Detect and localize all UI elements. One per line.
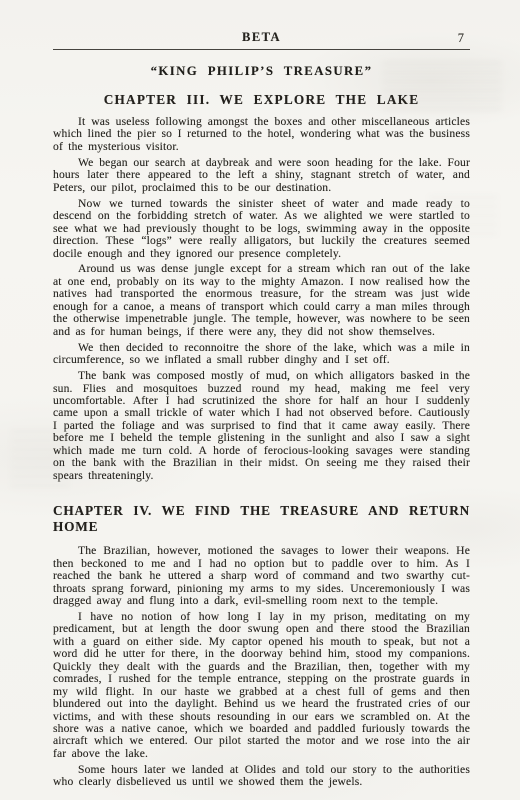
- body-paragraph: We began our search at daybreak and were…: [53, 157, 470, 194]
- page-header: BETA 7: [53, 30, 470, 46]
- chapter-3-heading: CHAPTER III. WE EXPLORE THE LAKE: [53, 92, 470, 108]
- header-divider-rule: [53, 49, 470, 50]
- body-paragraph: I have no notion of how long I lay in my…: [53, 611, 470, 760]
- chapter-3-section: CHAPTER III. WE EXPLORE THE LAKE It was …: [53, 92, 470, 482]
- running-title: BETA: [53, 30, 470, 45]
- chapter-4-section: CHAPTER IV. WE FIND THE TREASURE AND RET…: [53, 503, 470, 789]
- page-number: 7: [458, 31, 464, 46]
- body-paragraph: Now we turned towards the sinister sheet…: [53, 198, 470, 260]
- body-paragraph: We then decided to reconnoitre the shore…: [53, 342, 470, 367]
- body-paragraph: The bank was composed mostly of mud, on …: [53, 370, 470, 482]
- body-paragraph: Some hours later we landed at Olides and…: [53, 764, 470, 789]
- body-paragraph: The Brazilian, however, motioned the sav…: [53, 545, 470, 607]
- story-title: “KING PHILIP’S TREASURE”: [53, 64, 470, 79]
- body-paragraph: Around us was dense jungle except for a …: [53, 263, 470, 338]
- body-paragraph: It was useless following amongst the box…: [53, 116, 470, 153]
- scanned-book-page: BETA 7 “KING PHILIP’S TREASURE” CHAPTER …: [0, 0, 520, 800]
- chapter-4-heading: CHAPTER IV. WE FIND THE TREASURE AND RET…: [53, 503, 470, 535]
